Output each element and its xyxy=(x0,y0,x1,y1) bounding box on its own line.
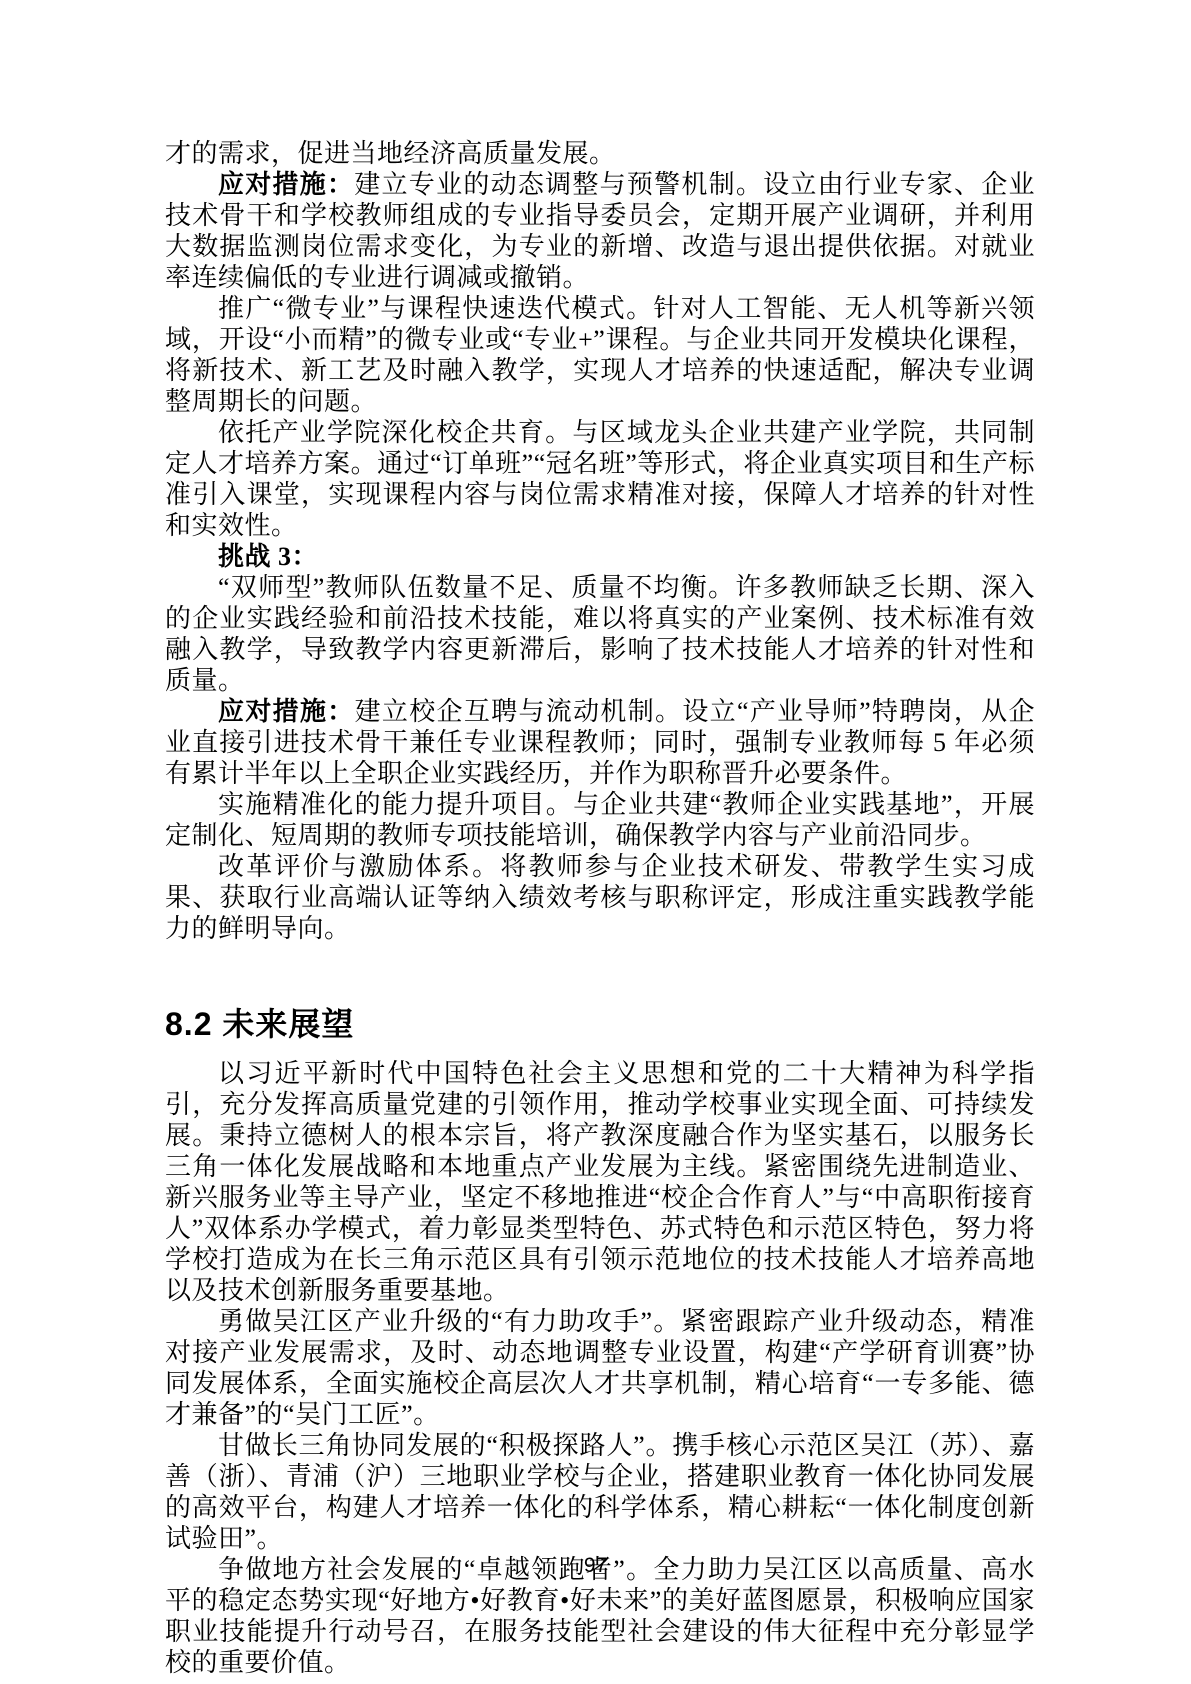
paragraph-text: 勇做吴江区产业升级的“有力助攻手”。紧密跟踪产业升级动态，精准对接产业发展需求，… xyxy=(165,1307,1035,1429)
paragraph-guiding-ideology: 以习近平新时代中国特色社会主义思想和党的二十大精神为科学指引，充分发挥高质量党建… xyxy=(165,1058,1035,1306)
page-number: 97 xyxy=(0,1553,1191,1579)
paragraph-lead: 应对措施： xyxy=(218,697,355,726)
paragraph-ability-project: 实施精准化的能力提升项目。与企业共建“教师企业实践基地”，开展定制化、短周期的教… xyxy=(165,789,1035,851)
paragraph-text: 改革评价与激励体系。将教师参与企业技术研发、带教学生实习成果、获取行业高端认证等… xyxy=(165,852,1035,943)
paragraph-text: 实施精准化的能力提升项目。与企业共建“教师企业实践基地”，开展定制化、短周期的教… xyxy=(165,790,1035,850)
paragraph-industry-upgrade: 勇做吴江区产业升级的“有力助攻手”。紧密跟踪产业升级动态，精准对接产业发展需求，… xyxy=(165,1306,1035,1430)
section-heading-8-2: 8.2 未来展望 xyxy=(165,1004,1035,1044)
page-body-text: 才的需求，促进当地经济高质量发展。 应对措施：建立专业的动态调整与预警机制。设立… xyxy=(165,138,1035,1678)
paragraph-text: 甘做长三角协同发展的“积极探路人”。携手核心示范区吴江（苏）、嘉善（浙）、青浦（… xyxy=(165,1431,1035,1553)
paragraph-lead: 应对措施： xyxy=(218,170,354,199)
paragraph-countermeasure-2: 应对措施：建立校企互聘与流动机制。设立“产业导师”特聘岗，从企业直接引进技术骨干… xyxy=(165,696,1035,789)
paragraph-lead: 挑战 3： xyxy=(218,542,318,571)
paragraph-yangtze-delta: 甘做长三角协同发展的“积极探路人”。携手核心示范区吴江（苏）、嘉善（浙）、青浦（… xyxy=(165,1430,1035,1554)
paragraph-evaluation-reform: 改革评价与激励体系。将教师参与企业技术研发、带教学生实习成果、获取行业高端认证等… xyxy=(165,851,1035,944)
challenge-3-heading: 挑战 3： xyxy=(165,541,1035,572)
paragraph-text: 推广“微专业”与课程快速迭代模式。针对人工智能、无人机等新兴领域，开设“小而精”… xyxy=(165,294,1035,416)
paragraph-dual-teacher: “双师型”教师队伍数量不足、质量不均衡。许多教师缺乏长期、深入的企业实践经验和前… xyxy=(165,572,1035,696)
paragraph-text: 依托产业学院深化校企共育。与区域龙头企业共建产业学院，共同制定人才培养方案。通过… xyxy=(165,418,1035,540)
paragraph-text: 以习近平新时代中国特色社会主义思想和党的二十大精神为科学指引，充分发挥高质量党建… xyxy=(165,1059,1035,1305)
continuation-line: 才的需求，促进当地经济高质量发展。 xyxy=(165,138,1035,169)
paragraph-industry-college: 依托产业学院深化校企共育。与区域龙头企业共建产业学院，共同制定人才培养方案。通过… xyxy=(165,417,1035,541)
paragraph-text: “双师型”教师队伍数量不足、质量不均衡。许多教师缺乏长期、深入的企业实践经验和前… xyxy=(165,573,1035,695)
paragraph-countermeasure-1: 应对措施：建立专业的动态调整与预警机制。设立由行业专家、企业技术骨干和学校教师组… xyxy=(165,169,1035,293)
paragraph-micro-major: 推广“微专业”与课程快速迭代模式。针对人工智能、无人机等新兴领域，开设“小而精”… xyxy=(165,293,1035,417)
document-page: 才的需求，促进当地经济高质量发展。 应对措施：建立专业的动态调整与预警机制。设立… xyxy=(0,0,1191,1684)
